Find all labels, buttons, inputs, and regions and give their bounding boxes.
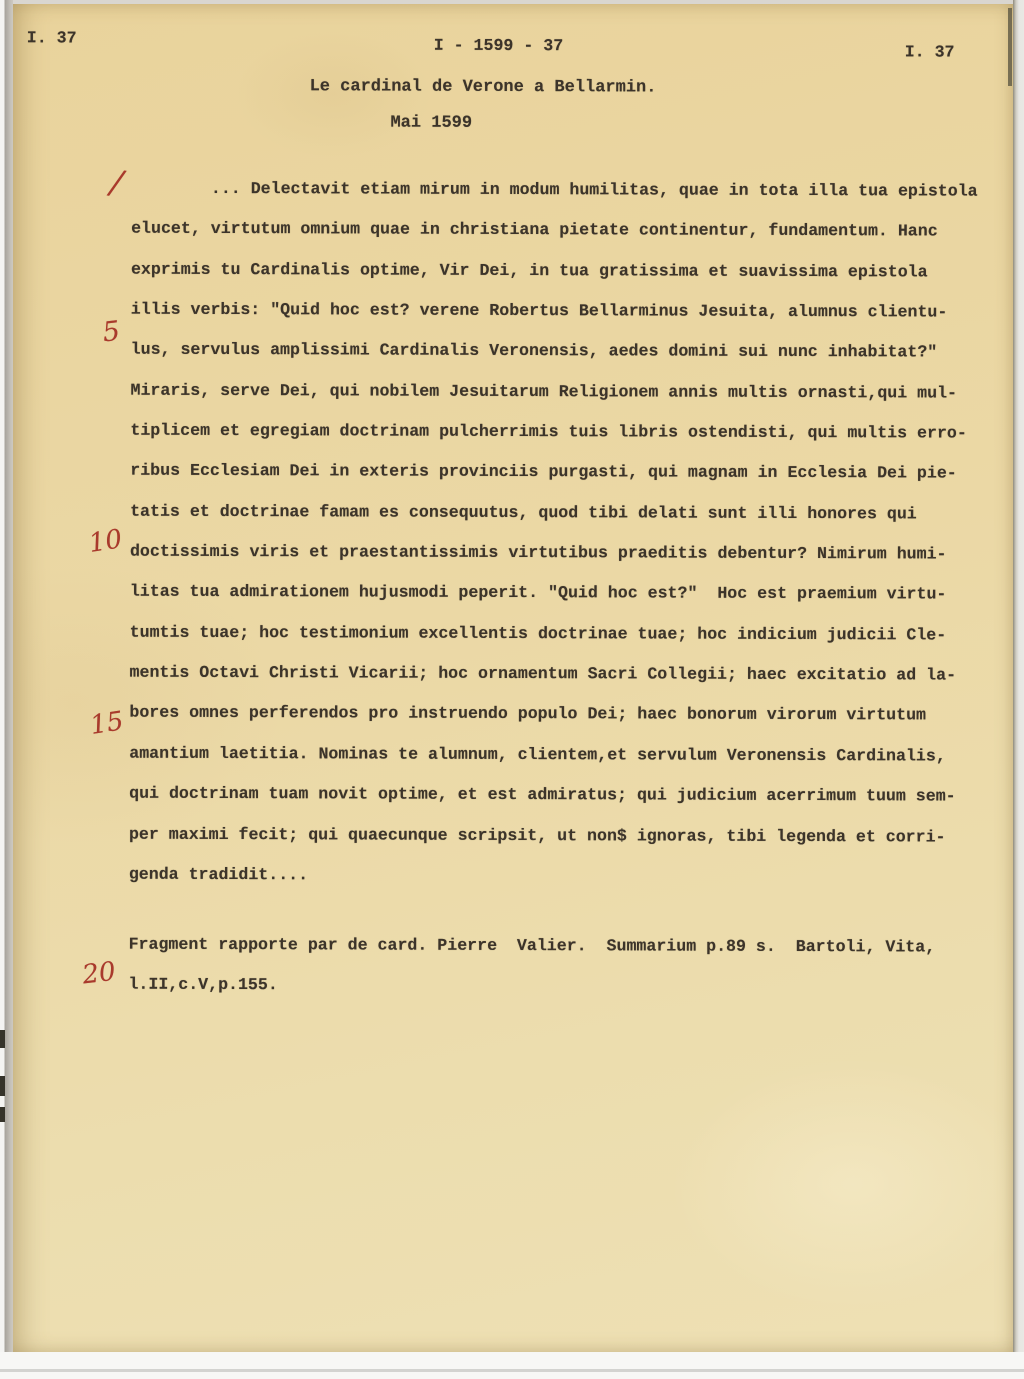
document-content: I. 37 I - 1599 - 37 I. 37 Le cardinal de… [10,2,1015,1353]
margin-line-number-1: / [109,162,126,202]
document-date: Mai 1599 [390,114,472,133]
source-note: Fragment rapporte par de card. Pierre Va… [128,925,1008,1009]
catalog-ref-center: I - 1599 - 37 [434,36,564,55]
body-line: tumtis tuae; hoc testimonium excellentis… [130,612,1010,655]
body-line: lus, servulus amplissimi Cardinalis Vero… [131,330,1011,373]
binding-mark [0,1107,5,1122]
scan-bottom-line [0,1369,1024,1372]
body-line: illis verbis: "Quid hoc est? verene Robe… [131,290,1011,333]
margin-line-number-20: 20 [81,957,117,991]
body-line: ribus Ecclesiam Dei in exteris provincii… [130,451,1010,494]
scan-edge-left [0,0,13,1356]
document-page: I. 37 I - 1599 - 37 I. 37 Le cardinal de… [13,4,1013,1352]
body-line: per maximi fecit; qui quaecunque scripsi… [129,814,1009,857]
body-line: tiplicem et egregiam doctrinam pulcherri… [130,411,1010,454]
scan-edge-right [1013,0,1024,1356]
body-line: amantium laetitia. Nominas te alumnum, c… [129,733,1009,776]
source-note-line: l.II,c.V,p.155. [128,965,1008,1008]
body-line: litas tua admirationem hujusmodi peperit… [130,572,1010,615]
document-title: Le cardinal de Verone a Bellarmin. [310,77,657,97]
body-line: doctissimis viris et praestantissimis vi… [130,532,1010,575]
binding-mark [0,1076,5,1096]
body-line: bores omnes perferendos pro instruendo p… [129,693,1009,736]
margin-line-number-15: 15 [88,706,125,741]
body-line: mentis Octavi Christi Vicarii; hoc ornam… [129,653,1009,696]
letter-body: ... Delectavit etiam mirum in modum humi… [129,169,1012,898]
scan-edge-top [0,0,1024,4]
margin-line-number-10: 10 [87,524,124,559]
scan-bottom-strip [0,1352,1024,1379]
archive-ref-left: I. 37 [27,28,77,47]
scan-artifact-notch [1008,8,1012,86]
archive-ref-right: I. 37 [905,42,955,61]
body-line: tatis et doctrinae famam es consequutus,… [130,491,1010,534]
binding-mark [0,1030,5,1048]
body-line: elucet, virtutum omnium quae in christia… [131,209,1011,252]
body-line: Miraris, serve Dei, qui nobilem Jesuitar… [130,370,1010,413]
source-note-line: Fragment rapporte par de card. Pierre Va… [129,925,1009,968]
body-line: exprimis tu Cardinalis optime, Vir Dei, … [131,249,1011,292]
page-background: I. 37 I - 1599 - 37 I. 37 Le cardinal de… [0,0,1024,1379]
margin-line-number-5: 5 [101,316,122,349]
body-line: genda tradidit.... [129,855,1009,898]
body-line: qui doctrinam tuam novit optime, et est … [129,774,1009,817]
body-line: ... Delectavit etiam mirum in modum humi… [131,169,1011,212]
